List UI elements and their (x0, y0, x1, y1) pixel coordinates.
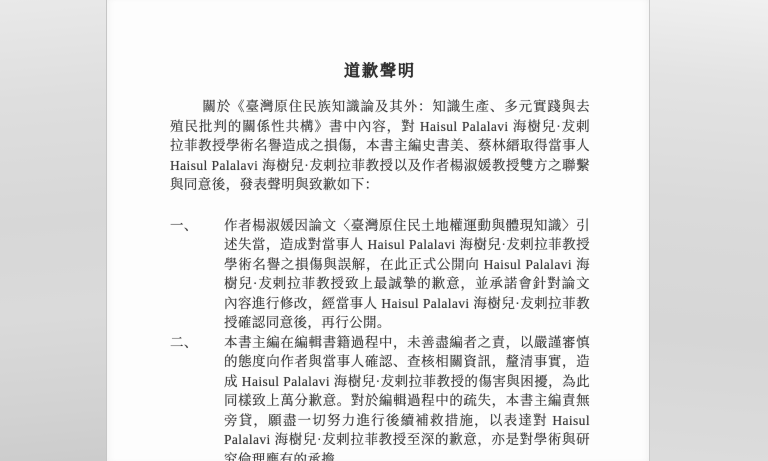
background-left-blur (0, 0, 107, 461)
item-marker: 一、 (170, 216, 224, 236)
statement-list: 一、 作者楊淑媛因論文〈臺灣原住民土地權運動與體現知識〉引述失當，造成對當事人 … (170, 216, 590, 461)
list-item: 一、 作者楊淑媛因論文〈臺灣原住民土地權運動與體現知識〉引述失當，造成對當事人 … (170, 216, 590, 333)
item-marker: 二、 (170, 333, 224, 353)
item-text: 作者楊淑媛因論文〈臺灣原住民土地權運動與體現知識〉引述失當，造成對當事人 Hai… (224, 216, 590, 333)
list-item: 二、 本書主編在編輯書籍過程中，未善盡編者之責，以嚴謹審慎的態度向作者與當事人確… (170, 333, 590, 461)
item-text: 本書主編在編輯書籍過程中，未善盡編者之責，以嚴謹審慎的態度向作者與當事人確認、查… (224, 333, 590, 461)
background-right-blur (649, 0, 768, 461)
document-page: 道歉聲明 關於《臺灣原住民族知識論及其外：知識生產、多元實踐與去殖民批判的關係性… (107, 0, 649, 461)
document-title: 道歉聲明 (170, 58, 590, 81)
intro-paragraph: 關於《臺灣原住民族知識論及其外：知識生產、多元實踐與去殖民批判的關係性共構》書中… (170, 97, 590, 195)
document-photo-stage: 道歉聲明 關於《臺灣原住民族知識論及其外：知識生產、多元實踐與去殖民批判的關係性… (0, 0, 768, 461)
